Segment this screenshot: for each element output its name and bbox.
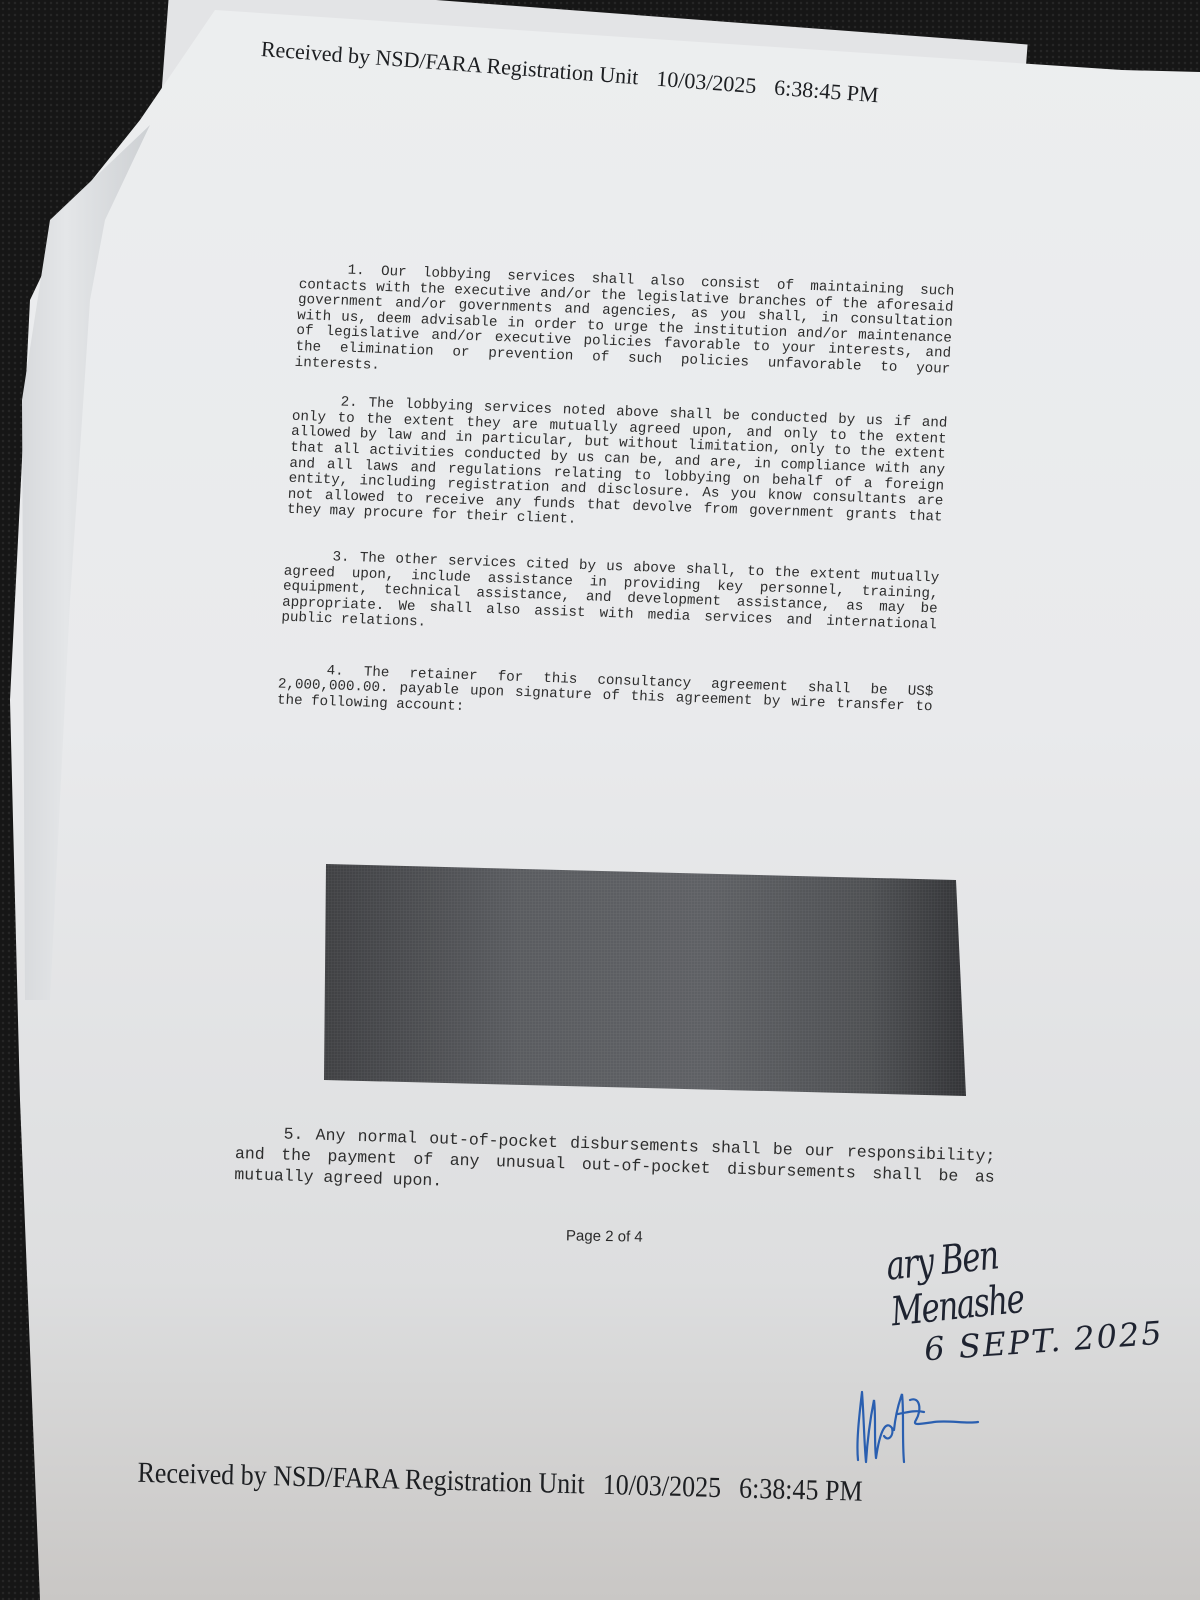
redacted-account-block (324, 864, 966, 1096)
paragraph-2: 2. The lobbying services noted above sha… (287, 394, 948, 541)
paragraph-3: 3. The other services cited by us above … (281, 549, 940, 650)
stamp-time: 6:38:45 PM (739, 1472, 863, 1508)
blue-ink-signature (850, 1380, 990, 1470)
agreement-body: 1. Our lobbying services shall also cons… (275, 262, 954, 755)
stamp-date: 10/03/2025 (602, 1468, 721, 1504)
paragraph-1: 1. Our lobbying services shall also cons… (294, 262, 954, 394)
page-number: Page 2 of 4 (566, 1227, 643, 1245)
paragraph-4: 4. The retainer for this consultancy agr… (277, 662, 934, 732)
